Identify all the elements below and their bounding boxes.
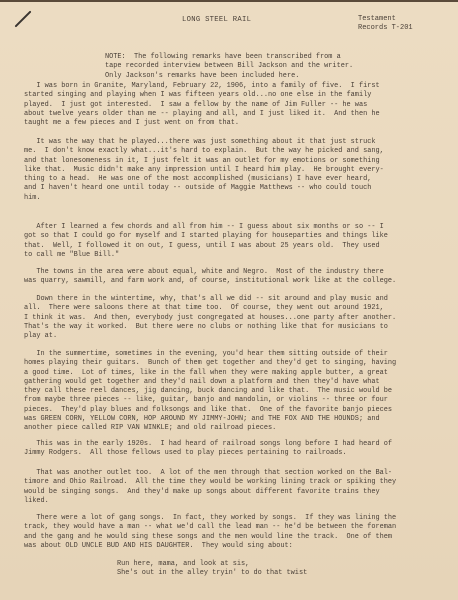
note-paragraph: NOTE: The following remarks have been tr… xyxy=(105,53,353,81)
paragraph-9: There were a lot of gang songs. In fact,… xyxy=(24,514,444,551)
document-page: LONG STEEL RAIL Testament Records T-201 … xyxy=(0,0,458,600)
paragraph-6: In the summertime, sometimes in the even… xyxy=(24,350,444,433)
paragraph-4: The towns in the area were about equal, … xyxy=(24,268,444,287)
paragraph-8: That was another outlet too. A lot of th… xyxy=(24,469,444,506)
paragraph-2: It was the way that he played...there wa… xyxy=(24,138,444,203)
song-verse: Run here, mama, and look at sis, She's o… xyxy=(117,560,307,579)
label-line-1: Testament xyxy=(358,15,413,24)
paragraph-1: I was born in Granite, Maryland, Februar… xyxy=(24,82,444,128)
document-title: LONG STEEL RAIL xyxy=(182,16,251,24)
paragraph-5: Down there in the wintertime, why, that'… xyxy=(24,295,444,341)
paragraph-3: After I learned a few chords and all fro… xyxy=(24,223,444,260)
paragraph-7: This was in the early 1920s. I had heard… xyxy=(24,440,444,459)
pen-mark xyxy=(15,11,32,28)
record-label: Testament Records T-201 xyxy=(358,15,413,33)
label-line-2: Records T-201 xyxy=(358,24,413,33)
